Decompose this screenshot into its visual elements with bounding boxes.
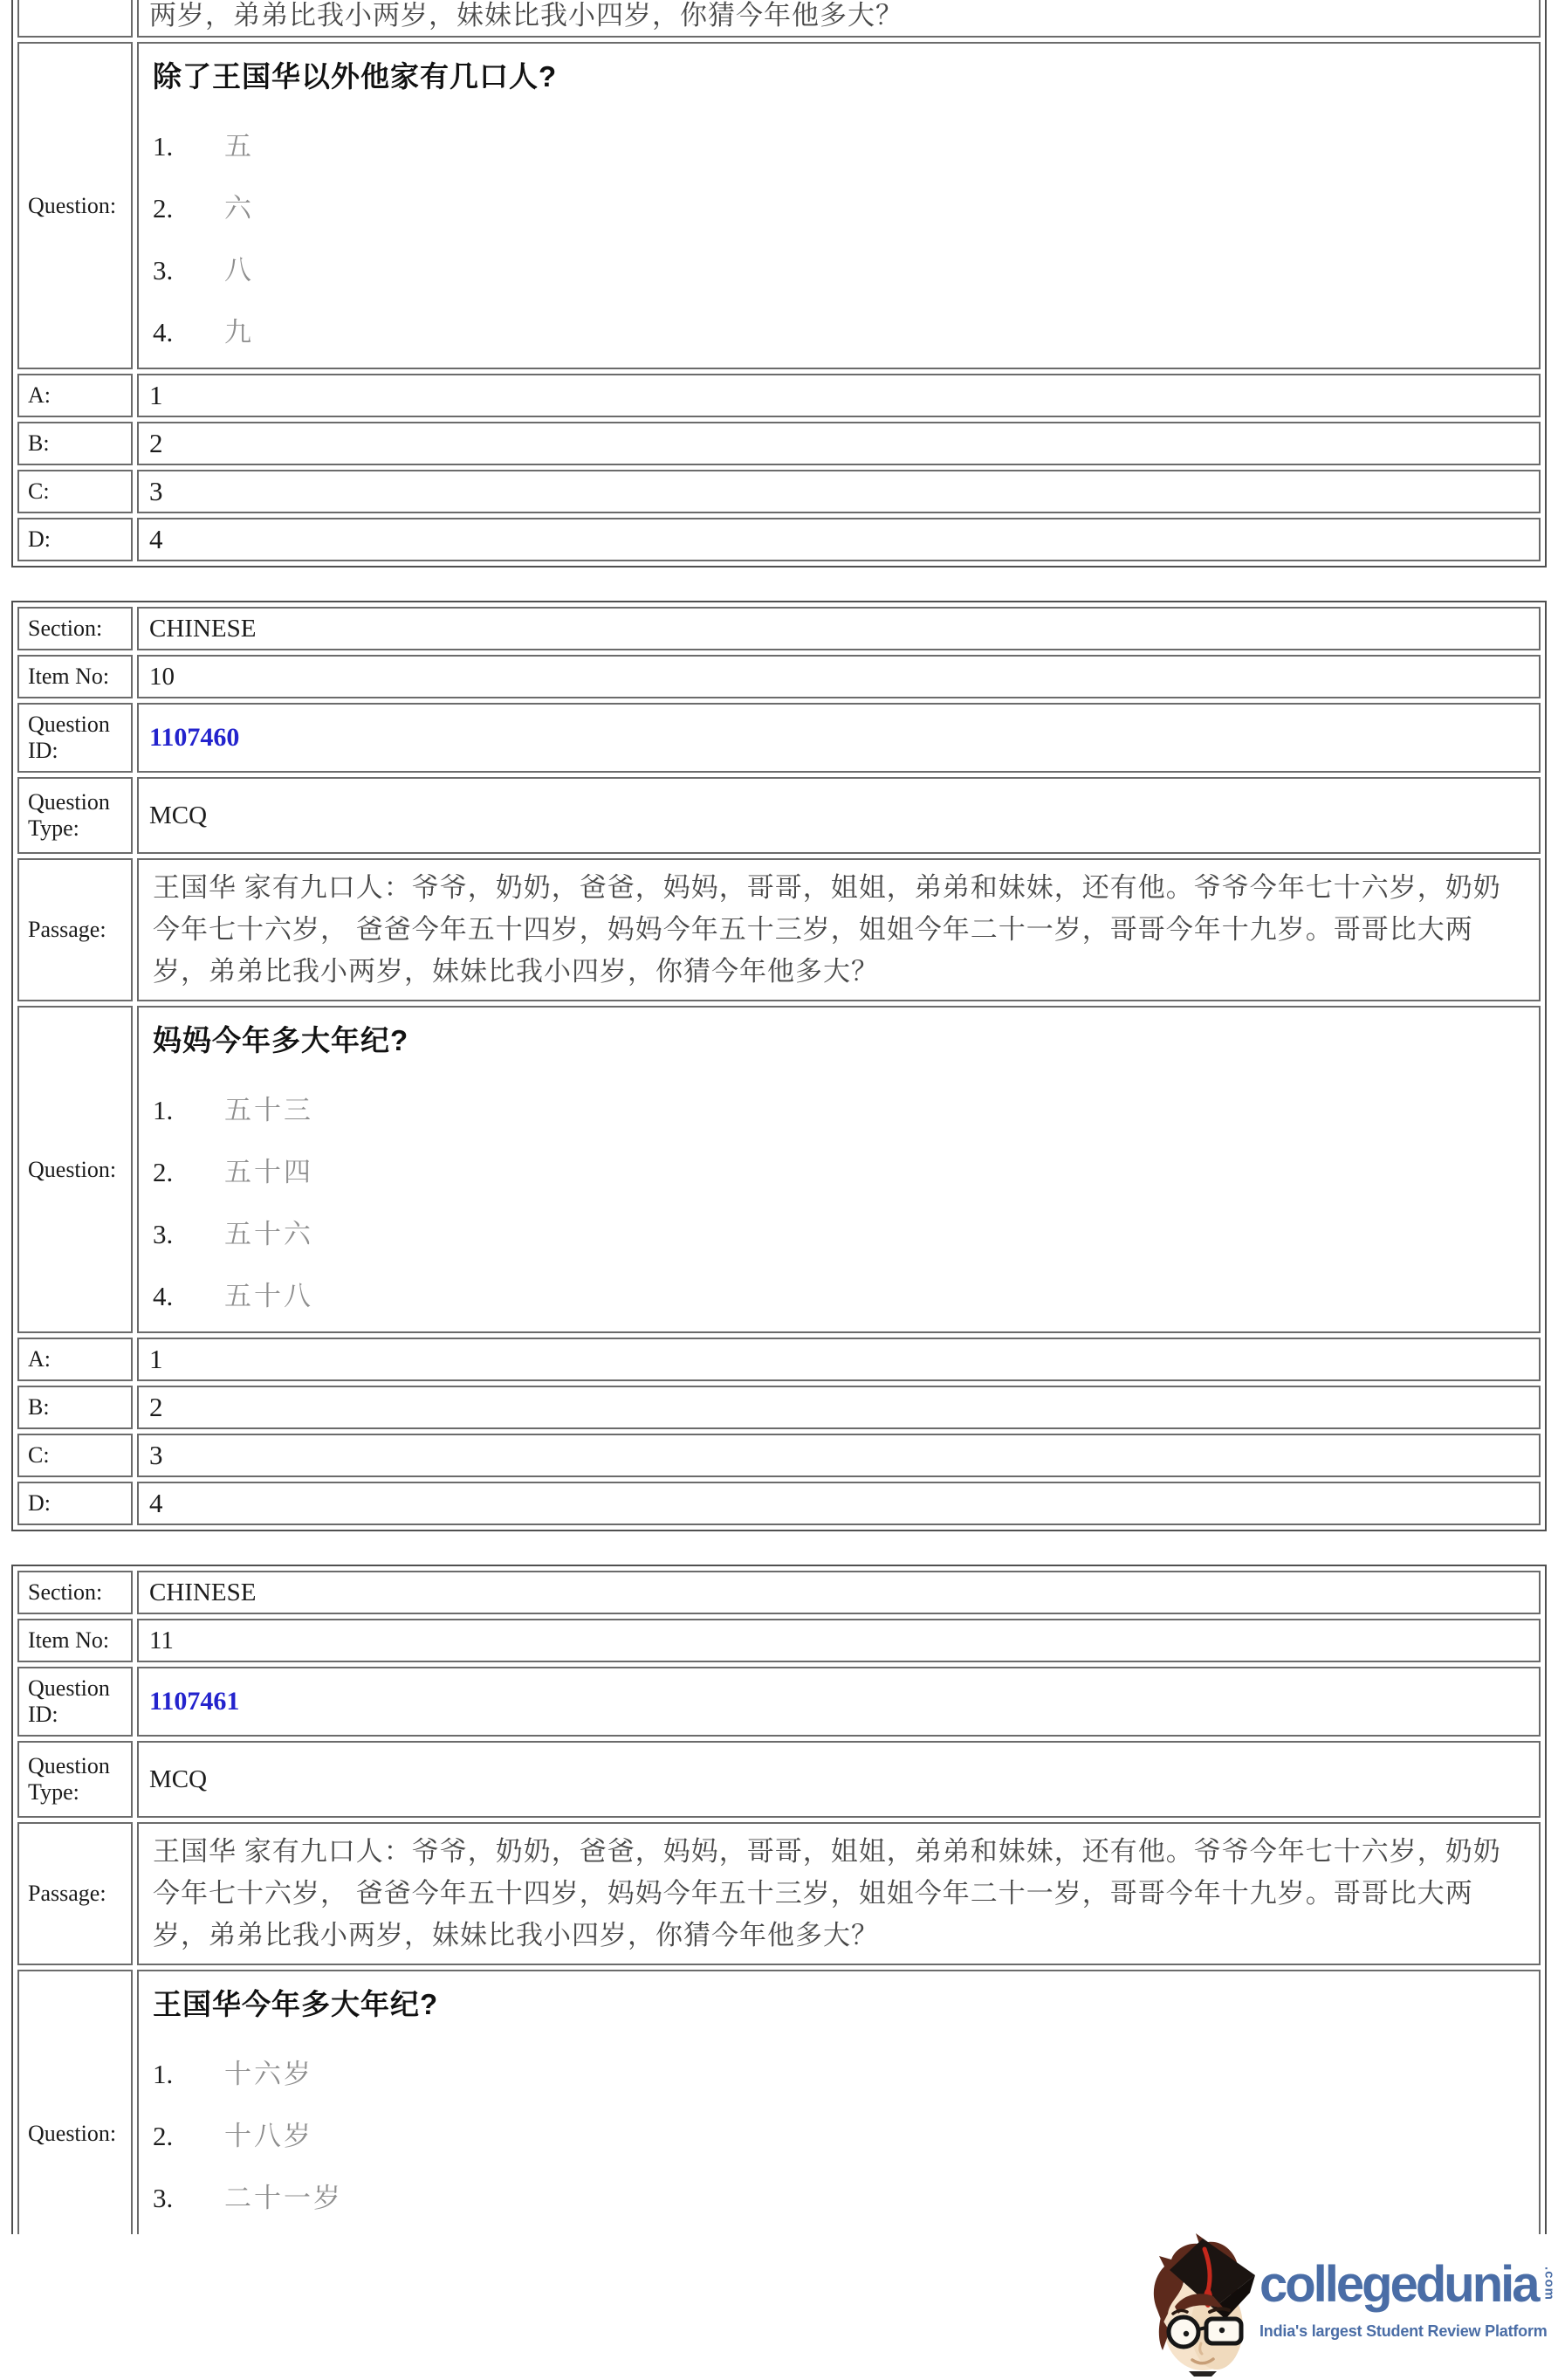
answer-row-d: D: 4: [17, 518, 1541, 561]
passage-label: Passage:: [17, 1822, 133, 1965]
item-no-label: Item No:: [17, 655, 133, 698]
question-id-link[interactable]: 1107460: [149, 723, 239, 752]
question-id-row: Question ID: 1107460: [17, 703, 1541, 773]
option-text: 五十六: [224, 1219, 313, 1250]
question-type-value: MCQ: [137, 777, 1541, 854]
option-text: 五十八: [224, 1281, 313, 1312]
option-1: 1. 十六岁: [153, 2059, 1528, 2090]
question-table-2: Section: CHINESE Item No: 10 Question ID…: [11, 601, 1547, 1531]
section-row: Section: CHINESE: [17, 607, 1541, 650]
answer-label: D:: [17, 1482, 133, 1525]
question-id-link[interactable]: 1107461: [149, 1687, 239, 1716]
answer-row-c: C: 3: [17, 1434, 1541, 1477]
option-number: 3.: [153, 1219, 224, 1250]
item-no-value: 10: [137, 655, 1541, 698]
option-number: 3.: [153, 2183, 224, 2214]
answer-label: C:: [17, 1434, 133, 1477]
question-title: 妈妈今年多大年纪?: [153, 1023, 1528, 1058]
option-number: 1.: [153, 2059, 224, 2090]
answer-row-a: A: 1: [17, 1338, 1541, 1381]
question-row: Question: 王国华今年多大年纪? 1. 十六岁 2. 十八岁 3. 二十…: [17, 1970, 1541, 2234]
option-text: 六: [224, 193, 254, 224]
item-no-row: Item No: 10: [17, 655, 1541, 698]
passage-label: Passage:: [17, 858, 133, 1001]
option-number: 4.: [153, 317, 224, 348]
option-2: 2. 六: [153, 193, 1528, 224]
answer-value: 2: [137, 422, 1541, 465]
option-1: 1. 五十三: [153, 1095, 1528, 1126]
option-text: 五十三: [224, 1095, 313, 1126]
answer-value: 4: [137, 1482, 1541, 1525]
answer-value: 2: [137, 1386, 1541, 1429]
option-text: 二十一岁: [224, 2183, 343, 2214]
answer-row-b: B: 2: [17, 1386, 1541, 1429]
question-row: Question: 妈妈今年多大年纪? 1. 五十三 2. 五十四 3. 五十六…: [17, 1006, 1541, 1333]
answer-row-d: D: 4: [17, 1482, 1541, 1525]
question-type-label: Question Type:: [17, 1741, 133, 1818]
brand-tagline: India's largest Student Review Platform: [1259, 2322, 1548, 2341]
question-type-value: MCQ: [137, 1741, 1541, 1818]
passage-text: 王国华 家有九口人：爷爷，奶奶，爸爸，妈妈，哥哥，姐姐，弟弟和妹妹，还有他。爷爷…: [137, 1822, 1541, 1965]
option-text: 十八岁: [224, 2121, 313, 2152]
item-no-value: 11: [137, 1619, 1541, 1662]
answer-label: B:: [17, 422, 133, 465]
option-number: 4.: [153, 1281, 224, 1312]
question-title: 王国华今年多大年纪?: [153, 1987, 1528, 2022]
section-label: Section:: [17, 1571, 133, 1614]
option-text: 五: [224, 131, 254, 162]
passage-label-hidden: [17, 0, 133, 38]
section-value: CHINESE: [137, 1571, 1541, 1614]
question-type-row: Question Type: MCQ: [17, 1741, 1541, 1818]
section-row: Section: CHINESE: [17, 1571, 1541, 1614]
table-gap: [11, 567, 1547, 601]
table-gap: [11, 1531, 1547, 1565]
answer-value: 3: [137, 1434, 1541, 1477]
answer-row-b: B: 2: [17, 422, 1541, 465]
collegedunia-mascot-icon: [1149, 2226, 1255, 2377]
option-3: 3. 八: [153, 255, 1528, 286]
question-type-row: Question Type: MCQ: [17, 777, 1541, 854]
item-no-row: Item No: 11: [17, 1619, 1541, 1662]
answer-label: A:: [17, 374, 133, 417]
answer-value: 4: [137, 518, 1541, 561]
item-no-label: Item No:: [17, 1619, 133, 1662]
option-number: 2.: [153, 1157, 224, 1188]
collegedunia-logo[interactable]: collegedunia .com India's largest Studen…: [1149, 2225, 1555, 2377]
option-number: 2.: [153, 193, 224, 224]
brand-tld: .com: [1542, 2267, 1557, 2301]
answer-value: 3: [137, 470, 1541, 513]
question-type-label: Question Type:: [17, 777, 133, 854]
answer-label: D:: [17, 518, 133, 561]
option-text: 五十四: [224, 1157, 313, 1188]
option-number: 1.: [153, 1095, 224, 1126]
option-number: 1.: [153, 131, 224, 162]
answer-row-c: C: 3: [17, 470, 1541, 513]
question-row-label: Question:: [17, 1006, 133, 1333]
brand-name[interactable]: collegedunia: [1259, 2256, 1538, 2313]
option-3: 3. 二十一岁: [153, 2183, 1528, 2214]
passage-row-partial: 两岁，弟弟比我小两岁，妹妹比我小四岁，你猜今年他多大？: [17, 0, 1541, 38]
option-text: 九: [224, 317, 254, 348]
question-table-1-partial: 两岁，弟弟比我小两岁，妹妹比我小四岁，你猜今年他多大？ Question: 除了…: [11, 0, 1547, 567]
question-table-3-partial: Section: CHINESE Item No: 11 Question ID…: [11, 1565, 1547, 2234]
answer-label: C:: [17, 470, 133, 513]
passage-row: Passage: 王国华 家有九口人：爷爷，奶奶，爸爸，妈妈，哥哥，姐姐，弟弟和…: [17, 1822, 1541, 1965]
option-2: 2. 五十四: [153, 1157, 1528, 1188]
option-1: 1. 五: [153, 131, 1528, 162]
option-number: 3.: [153, 255, 224, 286]
option-number: 2.: [153, 2121, 224, 2152]
option-2: 2. 十八岁: [153, 2121, 1528, 2152]
option-text: 十六岁: [224, 2059, 313, 2090]
passage-fragment-text: 两岁，弟弟比我小两岁，妹妹比我小四岁，你猜今年他多大？: [137, 0, 1541, 38]
question-id-label: Question ID:: [17, 703, 133, 773]
option-text: 八: [224, 255, 254, 286]
section-value: CHINESE: [137, 607, 1541, 650]
option-4: 4. 九: [153, 317, 1528, 348]
document-body: 两岁，弟弟比我小两岁，妹妹比我小四岁，你猜今年他多大？ Question: 除了…: [11, 0, 1547, 2234]
question-title: 除了王国华以外他家有几口人?: [153, 59, 1528, 94]
passage-row: Passage: 王国华 家有九口人：爷爷，奶奶，爸爸，妈妈，哥哥，姐姐，弟弟和…: [17, 858, 1541, 1001]
question-row: Question: 除了王国华以外他家有几口人? 1. 五 2. 六 3. 八: [17, 42, 1541, 369]
answer-row-a: A: 1: [17, 374, 1541, 417]
option-3: 3. 五十六: [153, 1219, 1528, 1250]
question-row-label: Question:: [17, 1970, 133, 2234]
passage-text: 王国华 家有九口人：爷爷，奶奶，爸爸，妈妈，哥哥，姐姐，弟弟和妹妹，还有他。爷爷…: [137, 858, 1541, 1001]
answer-label: A:: [17, 1338, 133, 1381]
answer-value: 1: [137, 1338, 1541, 1381]
section-label: Section:: [17, 607, 133, 650]
answer-label: B:: [17, 1386, 133, 1429]
logo-text-block: collegedunia .com India's largest Studen…: [1259, 2258, 1548, 2341]
question-id-row: Question ID: 1107461: [17, 1667, 1541, 1737]
question-id-label: Question ID:: [17, 1667, 133, 1737]
question-row-label: Question:: [17, 42, 133, 369]
answer-value: 1: [137, 374, 1541, 417]
option-4: 4. 五十八: [153, 1281, 1528, 1312]
